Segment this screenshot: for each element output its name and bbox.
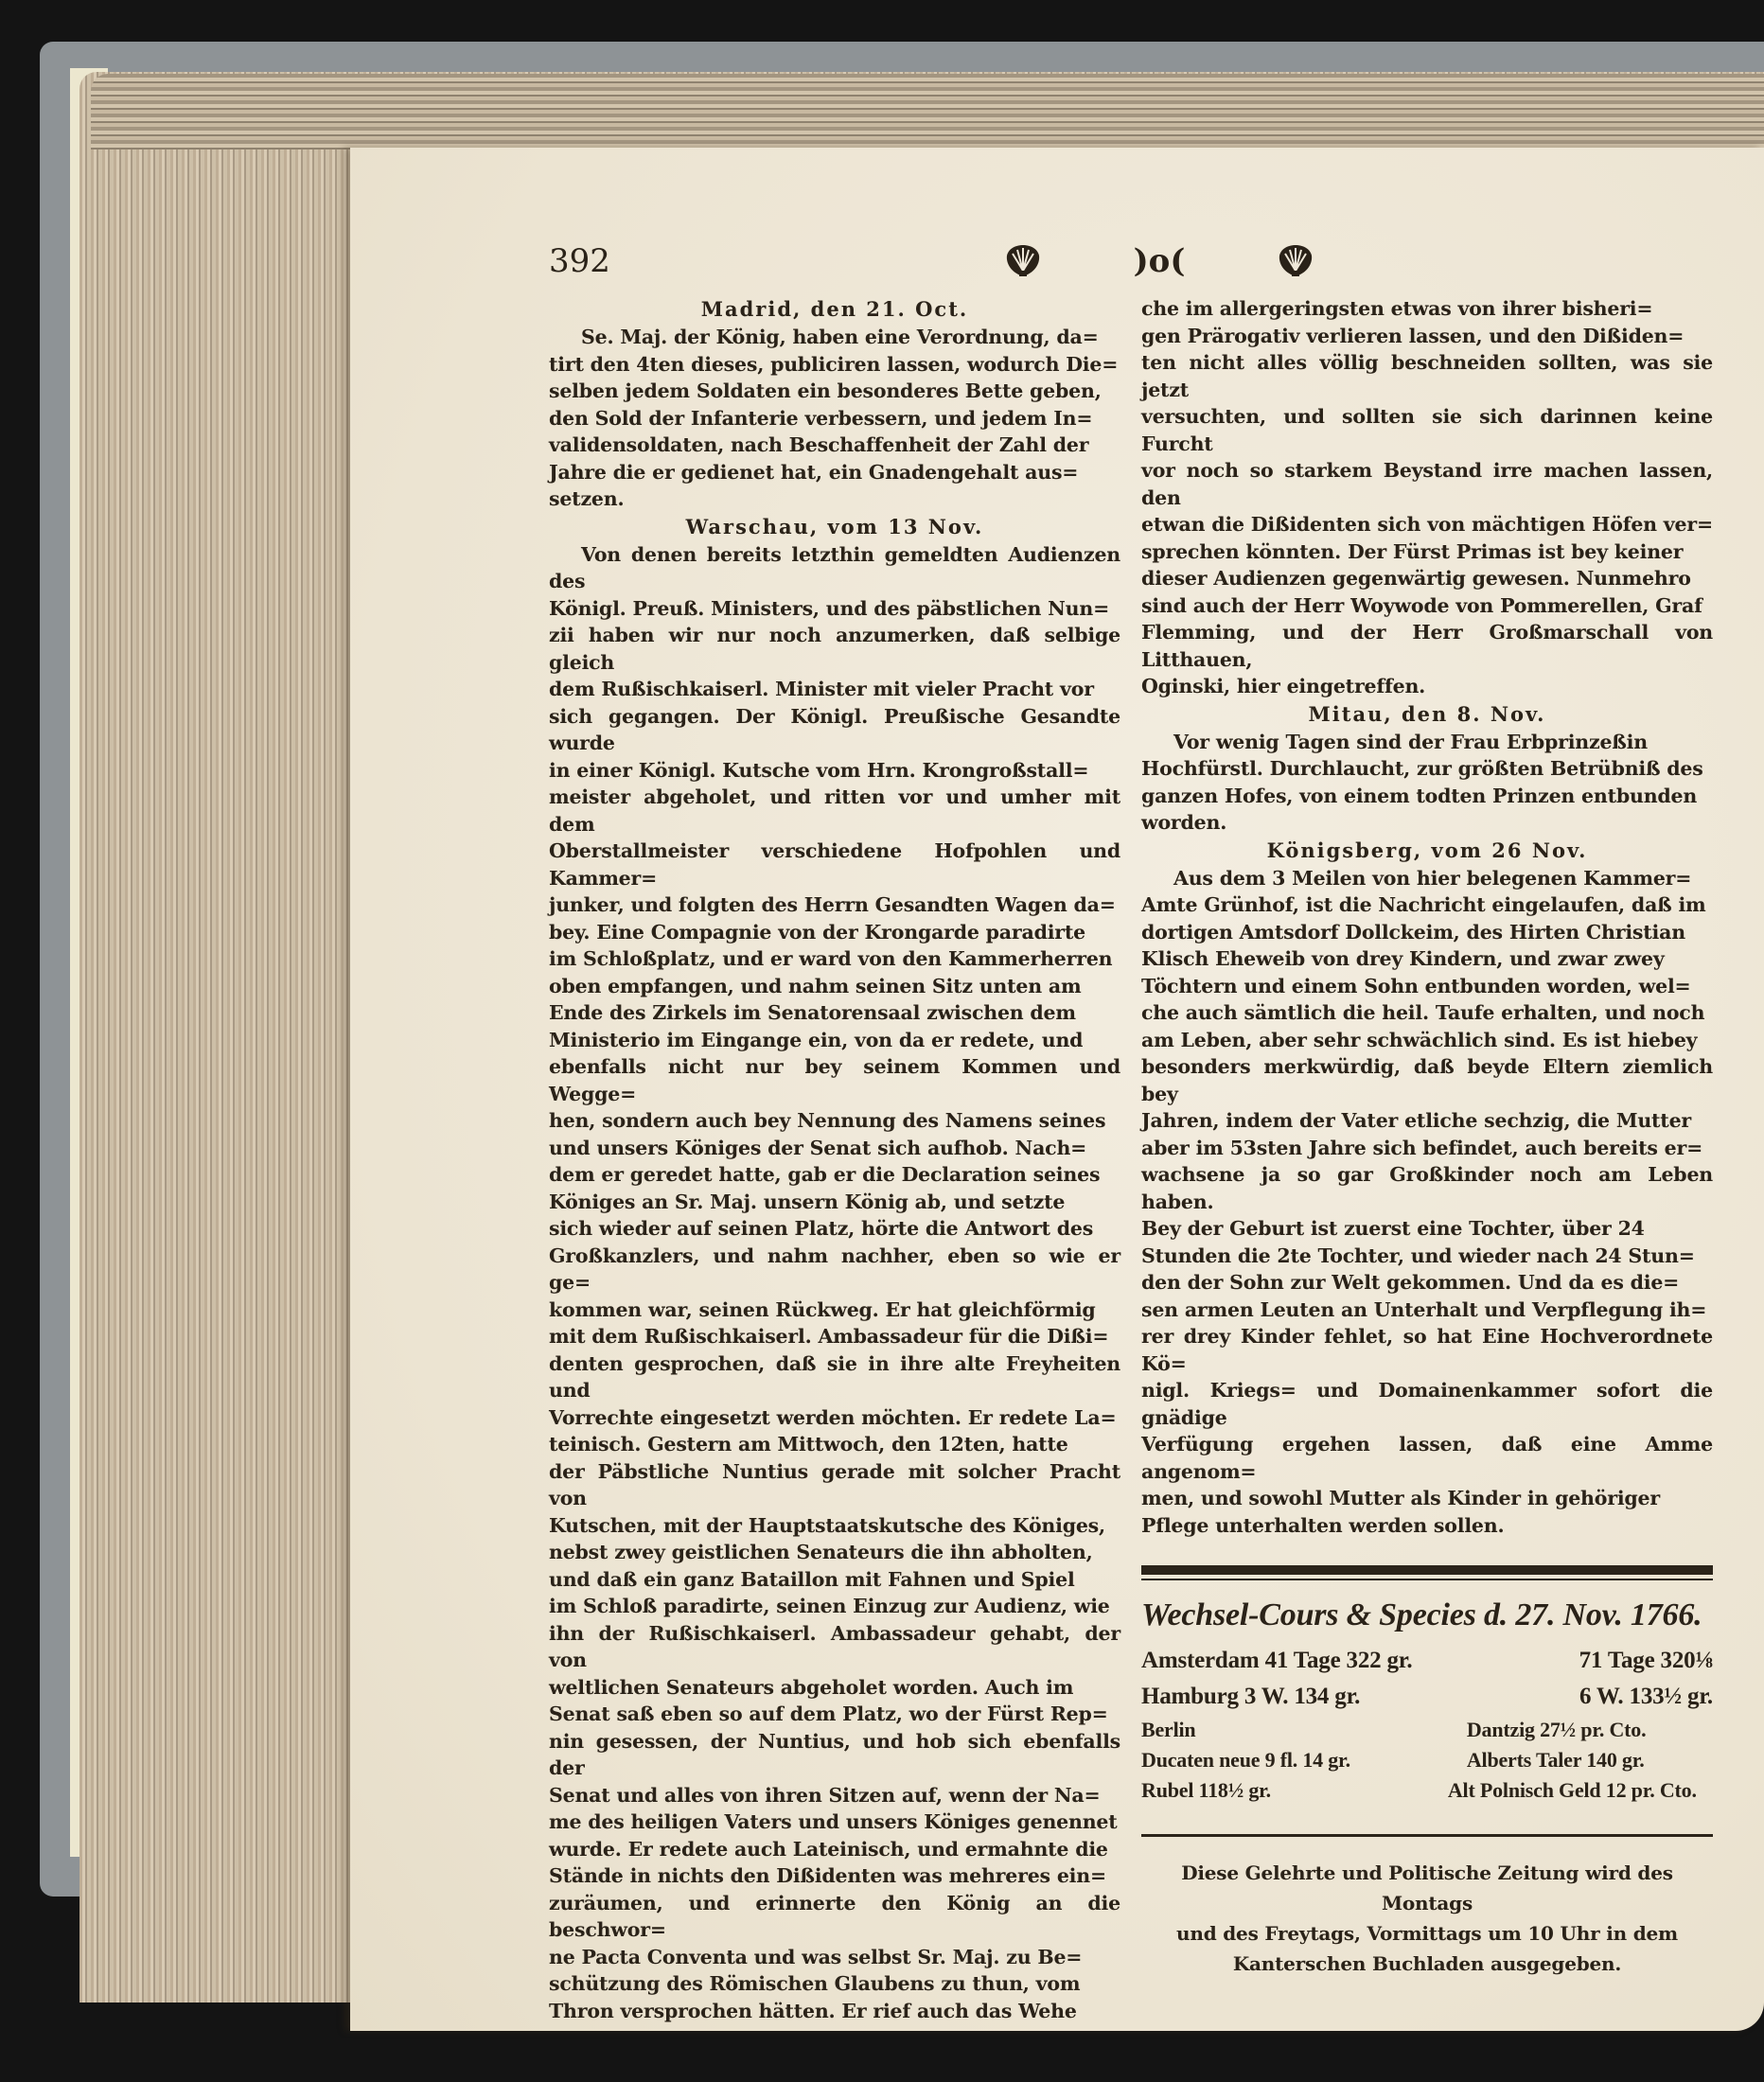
page-header: 392 )o( <box>549 242 1713 290</box>
text-line: che im allergeringsten etwas von ihrer b… <box>1141 295 1713 323</box>
text-line: Vor wenig Tagen sind der Frau Erbprinzeß… <box>1141 729 1713 756</box>
text-line: ten nicht alles völlig beschneiden sollt… <box>1141 349 1713 403</box>
text-line: Senat saß eben so auf dem Platz, wo der … <box>549 1701 1120 1728</box>
text-line: nebst zwey geistlichen Senateurs die ihn… <box>549 1539 1120 1566</box>
text-line: zuräumen, und erinnerte den König an die… <box>549 1890 1120 1944</box>
text-line: junker, und folgten des Herrn Gesandten … <box>549 891 1120 919</box>
text-line: ebenfalls nicht nur bey seinem Kommen un… <box>549 1053 1120 1107</box>
rate-cell: Alberts Taler 140 gr. <box>1429 1745 1713 1775</box>
text-line: dortigen Amtsdorf Dollckeim, des Hirten … <box>1141 919 1713 946</box>
rate-cell: Hamburg 3 W. 134 gr. <box>1141 1679 1429 1715</box>
colophon-line: Diese Gelehrte und Politische Zeitung wi… <box>1141 1858 1713 1918</box>
text-line: im Schloßplatz, und er ward von den Kamm… <box>549 945 1120 973</box>
text-line: mit dem Rußischkaiserl. Ambassadeur für … <box>549 1323 1120 1350</box>
table-row: Rubel 118½ gr. Alt Polnisch Geld 12 pr. … <box>1141 1775 1713 1806</box>
shell-ornament-icon <box>1003 242 1043 280</box>
rate-cell: 6 W. 133½ gr. <box>1429 1679 1713 1715</box>
text-line: etwan die Dißidenten sich von mächtigen … <box>1141 511 1713 538</box>
text-line: am Leben, aber sehr schwächlich sind. Es… <box>1141 1027 1713 1054</box>
dateline-warschau: Warschau, vom 13 Nov. <box>549 513 1120 541</box>
dateline-koenigsberg: Königsberg, vom 26 Nov. <box>1141 837 1713 865</box>
text-line: validensoldaten, nach Beschaffenheit der… <box>549 432 1120 459</box>
text-line: Königes an Sr. Maj. unsern König ab, und… <box>549 1189 1120 1216</box>
text-line: Oberstallmeister verschiedene Hofpohlen … <box>549 838 1120 891</box>
text-line: dem Rußischkaiserl. Minister mit vieler … <box>549 676 1120 703</box>
text-line: gen Prärogativ verlieren lassen, und den… <box>1141 323 1713 350</box>
text-line: Ministerio im Eingange ein, von da er re… <box>549 1027 1120 1054</box>
text-line: Jahren, indem der Vater etliche sechzig,… <box>1141 1107 1713 1135</box>
text-line: ganzen Hofes, von einem todten Prinzen e… <box>1141 783 1713 810</box>
dateline-madrid: Madrid, den 21. Oct. <box>549 295 1120 324</box>
text-line: Töchtern und einem Sohn entbunden worden… <box>1141 973 1713 1000</box>
rate-cell: Alt Polnisch Geld 12 pr. Cto. <box>1429 1775 1713 1806</box>
article-warschau: Von denen bereits letzthin gemeldten Aud… <box>549 541 1120 2025</box>
text-line: Klisch Eheweib von drey Kindern, und zwa… <box>1141 945 1713 973</box>
article-warschau-continued: che im allergeringsten etwas von ihrer b… <box>1141 295 1713 700</box>
text-line: setzen. <box>549 485 1120 513</box>
rate-cell: Ducaten neue 9 fl. 14 gr. <box>1141 1745 1429 1775</box>
text-line: und unsers Königes der Senat sich aufhob… <box>549 1135 1120 1162</box>
text-line: sich gegangen. Der Königl. Preußische Ge… <box>549 703 1120 757</box>
text-line: und daß ein ganz Bataillon mit Fahnen un… <box>549 1566 1120 1594</box>
text-line: kommen war, seinen Rückweg. Er hat gleic… <box>549 1297 1120 1324</box>
text-line: wachsene ja so gar Großkinder noch am Le… <box>1141 1161 1713 1215</box>
text-line: sen armen Leuten an Unterhalt und Verpfl… <box>1141 1297 1713 1324</box>
section-divider-thick <box>1141 1565 1713 1575</box>
text-line: hen, sondern auch bey Nennung des Namens… <box>549 1107 1120 1135</box>
text-line: rer drey Kinder fehlet, so hat Eine Hoch… <box>1141 1323 1713 1377</box>
article-koenigsberg: Aus dem 3 Meilen von hier belegenen Kamm… <box>1141 865 1713 1540</box>
text-line: der Päbstliche Nuntius gerade mit solche… <box>549 1458 1120 1512</box>
text-line: Aus dem 3 Meilen von hier belegenen Kamm… <box>1141 865 1713 892</box>
article-mitau: Vor wenig Tagen sind der Frau Erbprinzeß… <box>1141 729 1713 837</box>
rate-cell: 71 Tage 320⅛ <box>1429 1643 1713 1679</box>
rate-cell: Rubel 118½ gr. <box>1141 1775 1429 1806</box>
left-column: Madrid, den 21. Oct. Se. Maj. der König,… <box>549 295 1120 2024</box>
text-line: vor noch so starkem Beystand irre machen… <box>1141 457 1713 511</box>
article-madrid: Se. Maj. der König, haben eine Verordnun… <box>549 324 1120 513</box>
table-row: Amsterdam 41 Tage 322 gr. 71 Tage 320⅛ <box>1141 1643 1713 1679</box>
text-line: Pflege unterhalten werden sollen. <box>1141 1512 1713 1540</box>
colophon-line: und des Freytags, Vormittags um 10 Uhr i… <box>1141 1918 1713 1949</box>
text-line: aber im 53sten Jahre sich befindet, auch… <box>1141 1135 1713 1162</box>
rate-cell: Amsterdam 41 Tage 322 gr. <box>1141 1643 1429 1679</box>
text-line: den Sold der Infanterie verbessern, und … <box>549 405 1120 432</box>
text-line: Se. Maj. der König, haben eine Verordnun… <box>549 324 1120 351</box>
right-column: che im allergeringsten etwas von ihrer b… <box>1141 295 1713 2024</box>
text-line: Stände in nichts den Dißidenten was mehr… <box>549 1862 1120 1890</box>
text-line: Bey der Geburt ist zuerst eine Tochter, … <box>1141 1215 1713 1243</box>
text-line: Verfügung ergehen lassen, daß eine Amme … <box>1141 1431 1713 1485</box>
text-line: Von denen bereits letzthin gemeldten Aud… <box>549 541 1120 595</box>
rate-cell: Berlin <box>1141 1715 1429 1745</box>
text-line: worden. <box>1141 809 1713 837</box>
text-line: im Schloß paradirte, seinen Einzug zur A… <box>549 1593 1120 1620</box>
text-line: schützung des Römischen Glaubens zu thun… <box>549 1970 1120 1998</box>
text-line: Ende des Zirkels im Senatorensaal zwisch… <box>549 999 1120 1027</box>
table-row: Hamburg 3 W. 134 gr. 6 W. 133½ gr. <box>1141 1679 1713 1715</box>
text-line: Flemming, und der Herr Großmarschall von… <box>1141 619 1713 673</box>
dateline-mitau: Mitau, den 8. Nov. <box>1141 700 1713 729</box>
text-line: wurde. Er redete auch Lateinisch, und er… <box>549 1836 1120 1863</box>
text-line: ne Pacta Conventa und was selbst Sr. Maj… <box>549 1944 1120 1971</box>
exchange-rates-table: Amsterdam 41 Tage 322 gr. 71 Tage 320⅛ H… <box>1141 1643 1713 1806</box>
text-line: selben jedem Soldaten ein besonderes Bet… <box>549 378 1120 405</box>
text-line: Senat und alles von ihren Sitzen auf, we… <box>549 1782 1120 1809</box>
text-line: weltlichen Senateurs abgeholet worden. A… <box>549 1674 1120 1702</box>
text-line: me des heiligen Vaters und unsers Könige… <box>549 1809 1120 1836</box>
colophon-divider <box>1141 1834 1713 1837</box>
text-line: zii haben wir nur noch anzumerken, daß s… <box>549 622 1120 676</box>
text-line: dem er geredet hatte, gab er die Declara… <box>549 1161 1120 1189</box>
text-line: Oginski, hier eingetreffen. <box>1141 673 1713 700</box>
text-line: Amte Grünhof, ist die Nachricht eingelau… <box>1141 891 1713 919</box>
text-line: meister abgeholet, und ritten vor und um… <box>549 784 1120 838</box>
text-columns: Madrid, den 21. Oct. Se. Maj. der König,… <box>549 295 1713 2024</box>
text-line: nin gesessen, der Nuntius, und hob sich … <box>549 1728 1120 1782</box>
crescent-ornament-icon: )o( <box>1134 242 1186 280</box>
exchange-rates-title: Wechsel-Cours & Species d. 27. Nov. 1766… <box>1141 1596 1713 1635</box>
text-line: men, und sowohl Mutter als Kinder in geh… <box>1141 1485 1713 1512</box>
book-page: 392 )o( Madrid, den 21. Oct. <box>350 148 1764 2031</box>
page-content: 392 )o( Madrid, den 21. Oct. <box>549 242 1713 2024</box>
colophon-line: Kanterschen Buchladen ausgegeben. <box>1141 1949 1713 1979</box>
text-line: sind auch der Herr Woywode von Pommerell… <box>1141 592 1713 620</box>
text-line: nigl. Kriegs= und Domainenkammer sofort … <box>1141 1377 1713 1431</box>
text-line: teinisch. Gestern am Mittwoch, den 12ten… <box>549 1431 1120 1458</box>
text-line: versuchten, und sollten sie sich darinne… <box>1141 403 1713 457</box>
text-line: Königl. Preuß. Ministers, und des päbstl… <box>549 595 1120 623</box>
section-divider-thin <box>1141 1579 1713 1580</box>
rate-cell: Dantzig 27½ pr. Cto. <box>1429 1715 1713 1745</box>
text-line: Thron versprochen hätten. Er rief auch d… <box>549 1998 1120 2025</box>
table-row: Berlin Dantzig 27½ pr. Cto. <box>1141 1715 1713 1745</box>
text-line: oben empfangen, und nahm seinen Sitz unt… <box>549 973 1120 1000</box>
page-block-top-edges <box>91 74 1764 150</box>
page-number: 392 <box>549 242 610 280</box>
text-line: Hochfürstl. Durchlaucht, zur größten Bet… <box>1141 755 1713 783</box>
text-line: bey. Eine Compagnie von der Krongarde pa… <box>549 919 1120 946</box>
text-line: Stunden die 2te Tochter, und wieder nach… <box>1141 1243 1713 1270</box>
text-line: besonders merkwürdig, daß beyde Eltern z… <box>1141 1053 1713 1107</box>
text-line: Kutschen, mit der Hauptstaatskutsche des… <box>549 1512 1120 1540</box>
text-line: Großkanzlers, und nahm nachher, eben so … <box>549 1243 1120 1297</box>
text-line: ihn der Rußischkaiserl. Ambassadeur geha… <box>549 1620 1120 1674</box>
header-ornaments: )o( <box>1003 242 1315 280</box>
text-line: tirt den 4ten dieses, publiciren lassen,… <box>549 351 1120 379</box>
text-line: sprechen könnten. Der Fürst Primas ist b… <box>1141 538 1713 566</box>
text-line: Vorrechte eingesetzt werden möchten. Er … <box>549 1404 1120 1432</box>
text-line: den der Sohn zur Welt gekommen. Und da e… <box>1141 1269 1713 1297</box>
table-row: Ducaten neue 9 fl. 14 gr. Alberts Taler … <box>1141 1745 1713 1775</box>
shell-ornament-icon <box>1276 242 1315 280</box>
text-line: dieser Audienzen gegenwärtig gewesen. Nu… <box>1141 565 1713 592</box>
text-line: sich wieder auf seinen Platz, hörte die … <box>549 1215 1120 1243</box>
text-line: denten gesprochen, daß sie in ihre alte … <box>549 1350 1120 1404</box>
text-line: che auch sämtlich die heil. Taufe erhalt… <box>1141 999 1713 1027</box>
colophon: Diese Gelehrte und Politische Zeitung wi… <box>1141 1858 1713 1979</box>
text-line: in einer Königl. Kutsche vom Hrn. Krongr… <box>549 757 1120 785</box>
text-line: Jahre die er gedienet hat, ein Gnadengeh… <box>549 459 1120 486</box>
